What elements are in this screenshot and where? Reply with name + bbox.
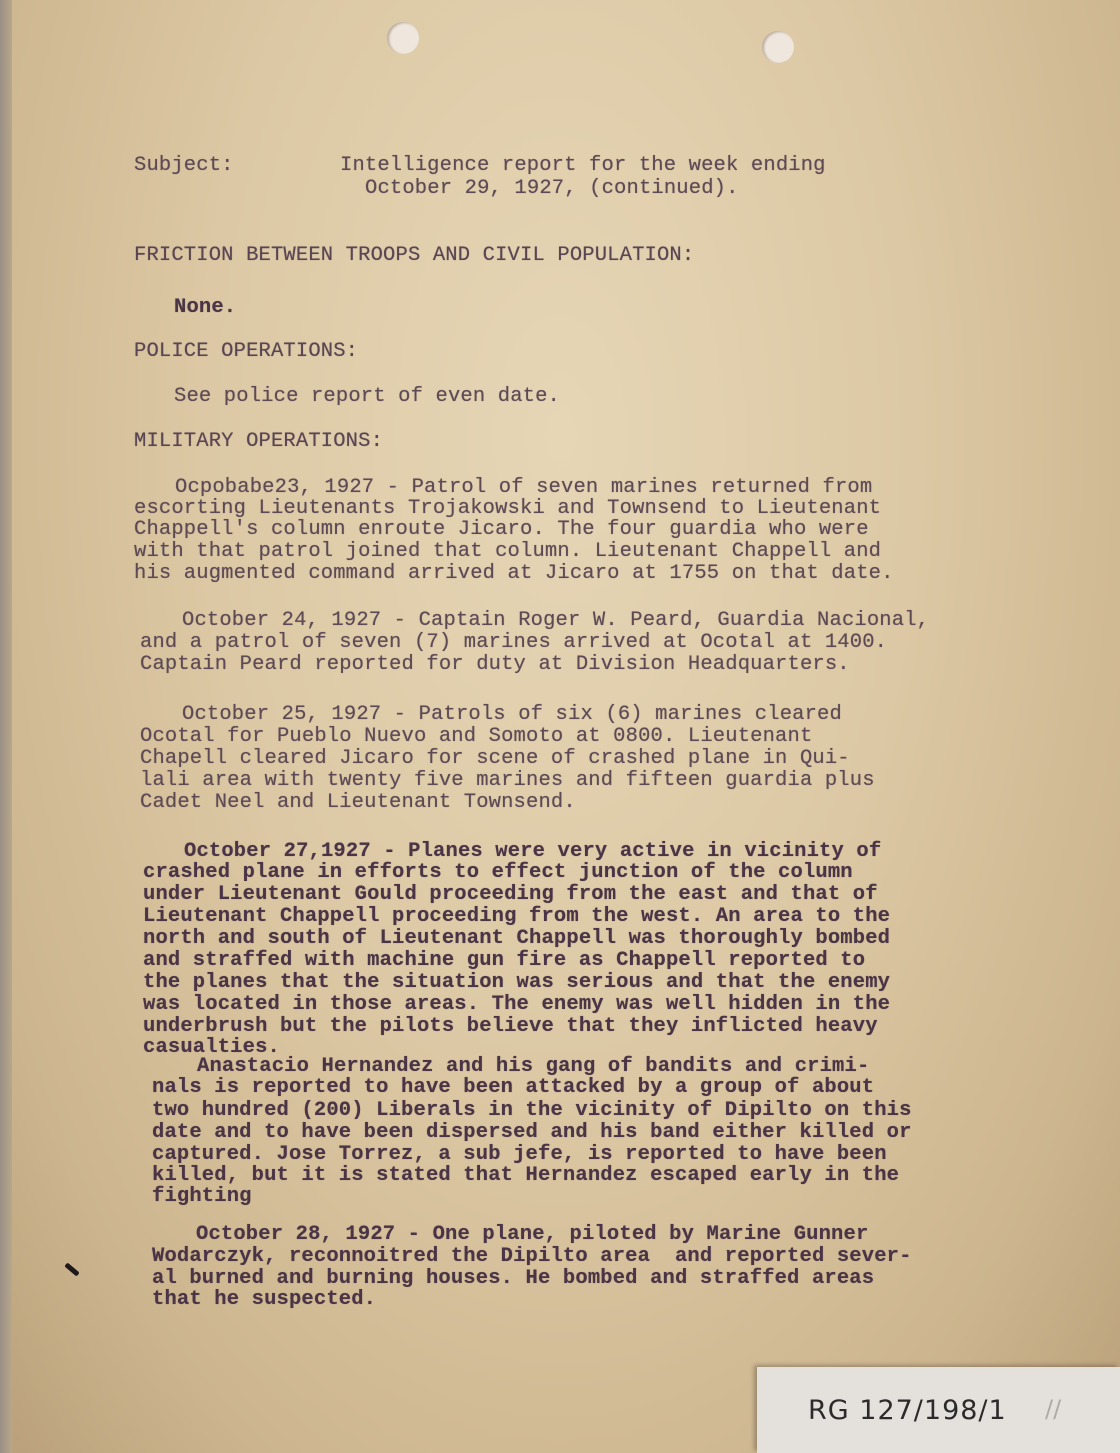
entry-line: that he suspected. <box>152 1289 376 1311</box>
backing-board-edge <box>0 0 12 1453</box>
entry-line: nals is reported to have been attacked b… <box>152 1077 874 1099</box>
entry-line: Anastacio Hernandez and his gang of band… <box>197 1056 869 1078</box>
entry-line: fighting <box>152 1186 252 1208</box>
subject-label: Subject: <box>134 155 234 177</box>
section-body-friction: None. <box>174 297 236 319</box>
entry-line: Lieutenant Chappell proceeding from the … <box>143 906 890 928</box>
section-heading-military: MILITARY OPERATIONS: <box>134 431 383 453</box>
entry-line: Chappell's column enroute Jicaro. The fo… <box>134 519 869 541</box>
entry-line: October 28, 1927 - One plane, piloted by… <box>196 1224 868 1246</box>
entry-line: the planes that the situation was seriou… <box>143 972 890 994</box>
entry-line: lali area with twenty five marines and f… <box>140 770 875 792</box>
entry-line: October 25, 1927 - Patrols of six (6) ma… <box>182 704 842 726</box>
entry-line: two hundred (200) Liberals in the vicini… <box>152 1100 912 1122</box>
entry-line: October 27,1927 - Planes were very activ… <box>184 841 881 863</box>
entry-line: under Lieutenant Gould proceeding from t… <box>143 884 878 906</box>
section-body-police: See police report of even date. <box>174 386 560 408</box>
ink-mark <box>64 1262 79 1276</box>
punch-hole-left <box>387 22 419 54</box>
document-page: Subject: Intelligence report for the wee… <box>0 0 1120 1453</box>
entry-line: al burned and burning houses. He bombed … <box>152 1268 874 1290</box>
entry-line: captured. Jose Torrez, a sub jefe, is re… <box>152 1144 887 1166</box>
entry-line: Ocpobabe23, 1927 - Patrol of seven marin… <box>175 477 872 499</box>
entry-line: Captain Peard reported for duty at Divis… <box>140 654 850 676</box>
punch-hole-right <box>762 31 794 63</box>
entry-line: escorting Lieutenants Trojakowski and To… <box>134 498 881 520</box>
entry-line: Wodarczyk, reconnoitred the Dipilto area… <box>152 1246 912 1268</box>
entry-line: killed, but it is stated that Hernandez … <box>152 1165 899 1187</box>
archive-label-text: RG 127/198/1 <box>808 1395 1007 1426</box>
entry-line: crashed plane in efforts to effect junct… <box>143 862 853 884</box>
entry-line: with that patrol joined that column. Lie… <box>134 541 881 563</box>
section-heading-friction: FRICTION BETWEEN TROOPS AND CIVIL POPULA… <box>134 245 694 267</box>
entry-line: and straffed with machine gun fire as Ch… <box>143 950 865 972</box>
entry-line: north and south of Lieutenant Chappell w… <box>143 928 890 950</box>
subject-line-2: October 29, 1927, (continued). <box>365 178 739 200</box>
subject-line-1: Intelligence report for the week ending <box>340 155 826 177</box>
entry-line: was located in those areas. The enemy wa… <box>143 994 890 1016</box>
entry-line: Cadet Neel and Lieutenant Townsend. <box>140 792 576 814</box>
entry-line: October 24, 1927 - Captain Roger W. Pear… <box>182 610 929 632</box>
entry-line: Ocotal for Pueblo Nuevo and Somoto at 08… <box>140 726 812 748</box>
entry-line: and a patrol of seven (7) marines arrive… <box>140 632 887 654</box>
entry-line: Chapell cleared Jicaro for scene of cras… <box>140 748 850 770</box>
archive-label-mark: // <box>1045 1395 1061 1423</box>
entry-line: date and to have been dispersed and his … <box>152 1122 912 1144</box>
section-heading-police: POLICE OPERATIONS: <box>134 341 358 363</box>
entry-line: underbrush but the pilots believe that t… <box>143 1016 878 1038</box>
entry-line: his augmented command arrived at Jicaro … <box>134 563 894 585</box>
